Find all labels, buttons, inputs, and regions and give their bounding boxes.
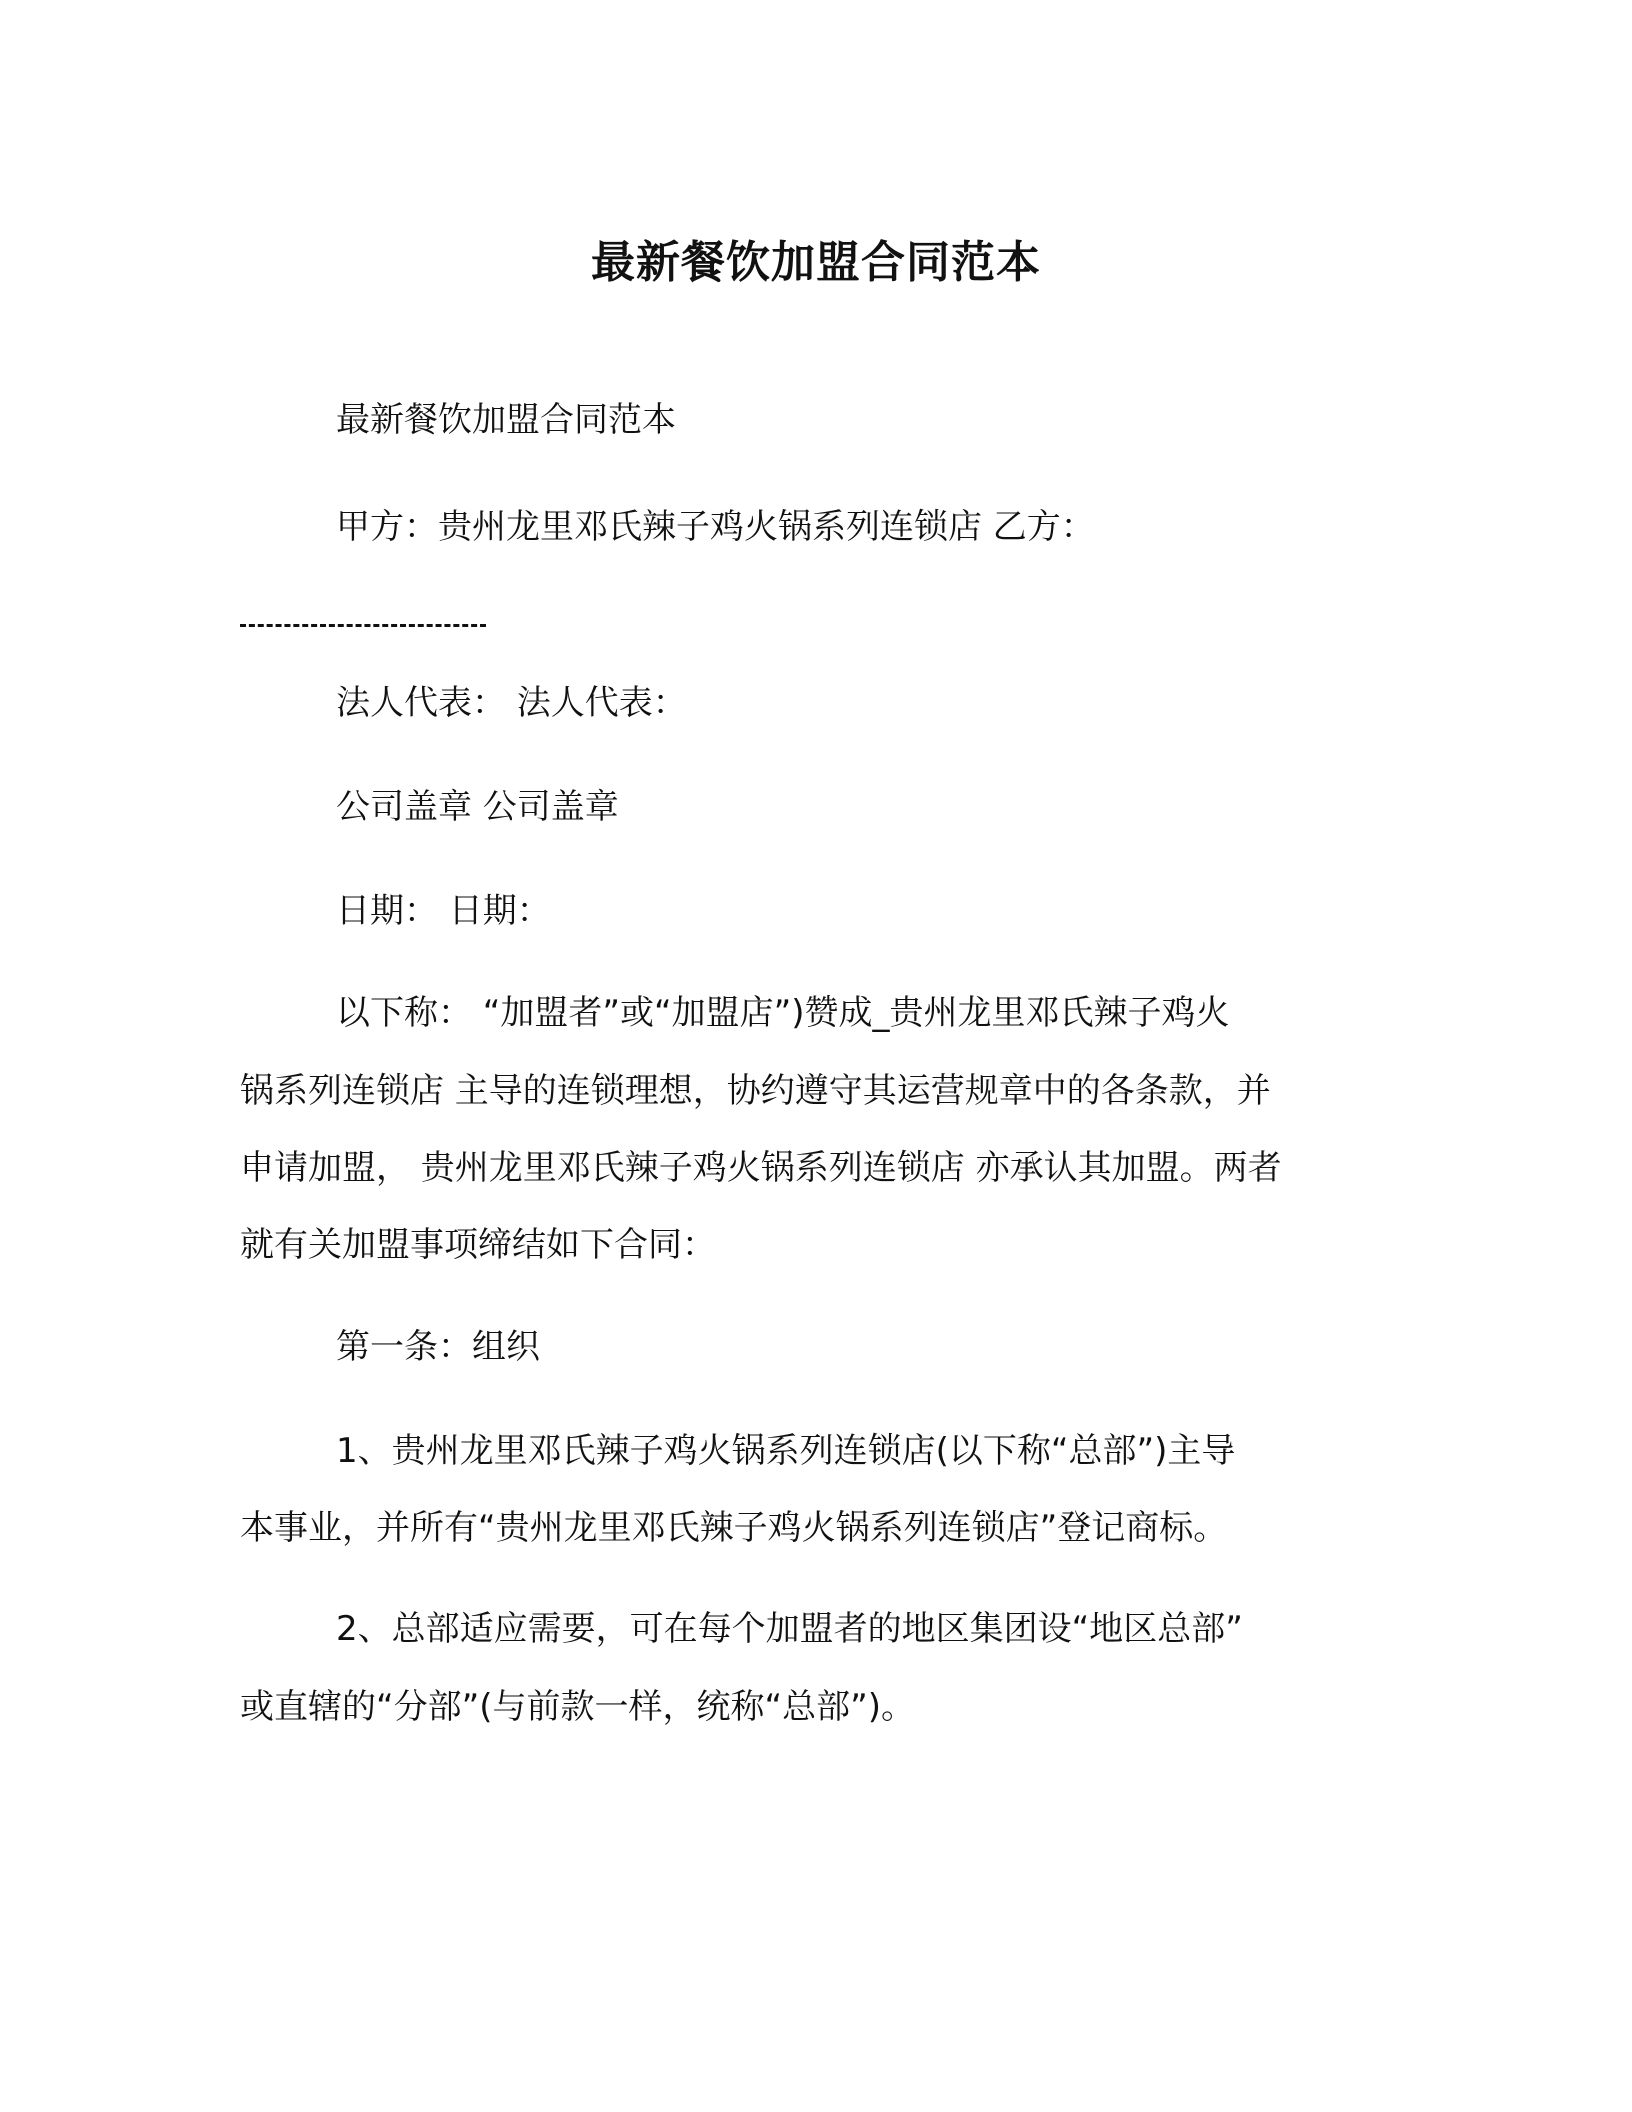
- clause-2-line-1: 2、总部适应需要，可在每个加盟者的地区集团设“地区总部”: [336, 1607, 1243, 1651]
- document-title: 最新餐饮加盟合同范本: [0, 226, 1632, 290]
- intro-paragraph-line-4: 就有关加盟事项缔结如下合同：: [240, 1223, 716, 1267]
- date-line: 日期： 日期：: [336, 889, 551, 933]
- party-a-line: 甲方：贵州龙里邓氏辣子鸡火锅系列连锁店 乙方：: [336, 505, 1095, 549]
- subtitle: 最新餐饮加盟合同范本: [336, 398, 676, 442]
- clause-1-line-1: 1、贵州龙里邓氏辣子鸡火锅系列连锁店(以下称“总部”)主导: [336, 1429, 1235, 1473]
- article-1-heading: 第一条：组织: [336, 1325, 540, 1369]
- clause-1-line-2: 本事业，并所有“贵州龙里邓氏辣子鸡火锅系列连锁店”登记商标。: [240, 1506, 1227, 1550]
- intro-paragraph-line-2: 锅系列连锁店 主导的连锁理想，协约遵守其运营规章中的各条款，并: [240, 1069, 1271, 1113]
- clause-2-line-2: 或直辖的“分部”(与前款一样，统称“总部”)。: [240, 1685, 915, 1729]
- intro-paragraph-line-1: 以下称： “加盟者”或“加盟店”)赞成_贵州龙里邓氏辣子鸡火: [336, 991, 1230, 1035]
- company-seal-line: 公司盖章 公司盖章: [336, 785, 619, 829]
- intro-paragraph-line-3: 申请加盟， 贵州龙里邓氏辣子鸡火锅系列连锁店 亦承认其加盟。两者: [240, 1146, 1282, 1190]
- legal-rep-line: 法人代表： 法人代表：: [336, 681, 687, 725]
- party-b-blank: [240, 624, 486, 627]
